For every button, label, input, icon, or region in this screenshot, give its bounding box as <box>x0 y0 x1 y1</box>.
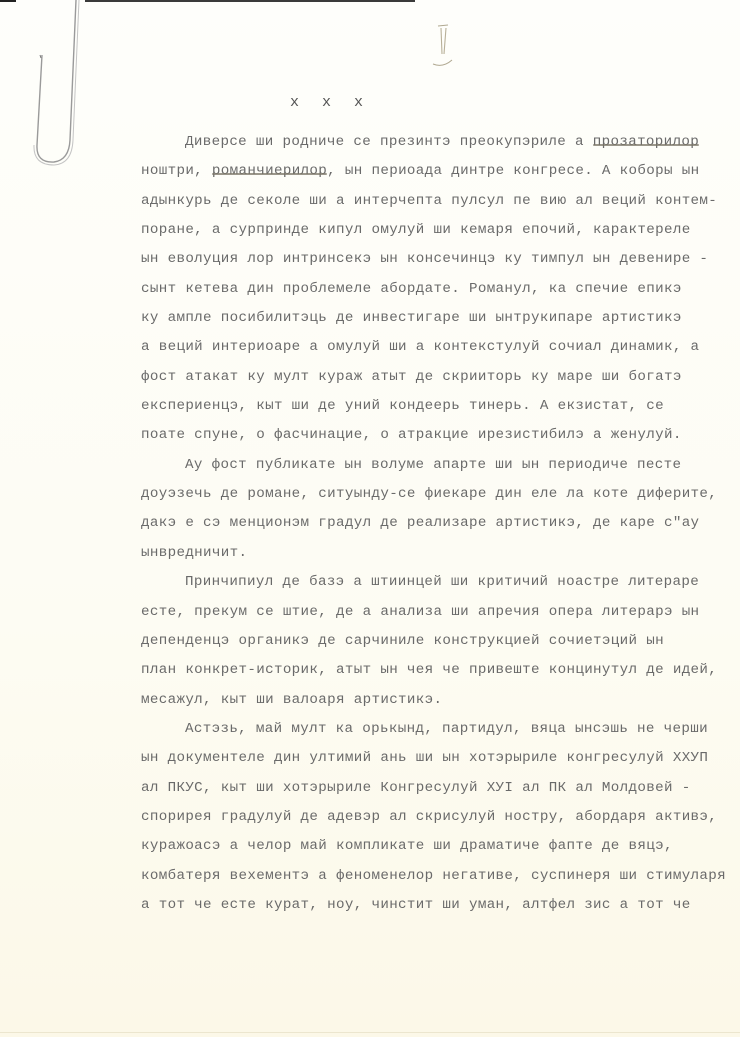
text-line: спорирея градулуй де адевэр ал скрисулуй… <box>141 803 740 832</box>
text-segment: ку ампле посибилитэць де инвестигаре ши … <box>141 310 682 326</box>
text-line: доуэзечь де романе, ситуынду-се фиекаре … <box>141 480 740 509</box>
text-segment: доуэзечь де романе, ситуынду-се фиекаре … <box>141 486 717 502</box>
text-segment: Ау фост публикате ын волуме апарте ши ын… <box>185 457 681 473</box>
text-segment: експериенцэ, кыт ши де уний кондеерь тин… <box>141 398 664 414</box>
text-segment: адынкурь де секоле ши а интерчепта пулсу… <box>141 193 717 209</box>
paragraph: Ау фост публикате ын волуме апарте ши ын… <box>141 451 740 568</box>
text-segment: сынт кетева дин проблемеле абордате. Ром… <box>141 281 682 297</box>
typed-text-body: Диверсе ши родниче се презинтэ преокупэр… <box>141 128 740 920</box>
scan-edge <box>0 0 16 2</box>
text-line: експериенцэ, кыт ши де уний кондеерь тин… <box>141 392 740 421</box>
text-line: Принчипиул де базэ а штиинцей ши критичи… <box>141 568 740 597</box>
text-line: Диверсе ши родниче се презинтэ преокупэр… <box>141 128 740 157</box>
text-segment: а веций интериоаре а омулуй ши а контекс… <box>141 339 699 355</box>
text-segment: спорирея градулуй де адевэр ал скрисулуй… <box>141 809 717 825</box>
text-segment: , ын периоада динтре конгресе. А коборы … <box>327 163 699 179</box>
text-line: план конкрет-историк, атыт ын чея че при… <box>141 656 740 685</box>
text-line: ын документеле дин ултимий ань ши ын хот… <box>141 744 740 773</box>
text-line: ал ПКУС, кыт ши хотэрыриле Конгресулуй X… <box>141 774 740 803</box>
text-segment: куражоасэ а челор май компликате ши драм… <box>141 838 673 854</box>
scan-edge <box>0 1032 740 1033</box>
text-segment: поате спуне, о фасчинацие, о атракцие ир… <box>141 427 682 443</box>
text-segment: ноштри, <box>141 163 212 179</box>
text-segment: депенденцэ органикэ де сарчиниле констру… <box>141 633 664 649</box>
text-segment: ын документеле дин ултимий ань ши ын хот… <box>141 750 708 766</box>
text-segment: месажул, кыт ши валоаря артистикэ. <box>141 692 442 708</box>
underlined-word: прозаторилор <box>593 134 699 150</box>
text-line: а веций интериоаре а омулуй ши а контекс… <box>141 333 740 362</box>
text-segment: есте, прекум се штие, де а анализа ши ап… <box>141 604 699 620</box>
paragraph: Диверсе ши родниче се презинтэ преокупэр… <box>141 128 740 451</box>
text-line: ку ампле посибилитэць де инвестигаре ши … <box>141 304 740 333</box>
text-segment: а тот че есте курат, ноу, чинстит ши ума… <box>141 897 691 913</box>
text-line: адынкурь де секоле ши а интерчепта пулсу… <box>141 187 740 216</box>
text-line: есте, прекум се штие, де а анализа ши ап… <box>141 598 740 627</box>
text-line: фост атакат ку мулт кураж атыт де скриит… <box>141 363 740 392</box>
paragraph: Астэзь, май мулт ка орькынд, партидул, в… <box>141 715 740 920</box>
text-line: ынвредничит. <box>141 539 740 568</box>
text-line: дакэ е сэ менционэм градул де реализаре … <box>141 509 740 538</box>
text-line: Астэзь, май мулт ка орькынд, партидул, в… <box>141 715 740 744</box>
text-line: куражоасэ а челор май компликате ши драм… <box>141 832 740 861</box>
paragraph: Принчипиул де базэ а штиинцей ши критичи… <box>141 568 740 715</box>
text-segment: Астэзь, май мулт ка орькынд, партидул, в… <box>185 721 708 737</box>
scan-edge <box>85 0 415 2</box>
text-segment: план конкрет-историк, атыт ын чея че при… <box>141 662 717 678</box>
text-line: комбатеря вехементэ а феноменелор негати… <box>141 862 740 891</box>
section-separator: x x x <box>290 94 363 111</box>
text-segment: дакэ е сэ менционэм градул де реализаре … <box>141 515 699 531</box>
text-line: месажул, кыт ши валоаря артистикэ. <box>141 686 740 715</box>
text-line: Ау фост публикате ын волуме апарте ши ын… <box>141 451 740 480</box>
handwritten-page-number <box>428 22 458 72</box>
text-line: поране, а сурпринде кипул омулуй ши кема… <box>141 216 740 245</box>
text-segment: фост атакат ку мулт кураж атыт де скриит… <box>141 369 682 385</box>
text-segment: Диверсе ши родниче се презинтэ преокупэр… <box>185 134 593 150</box>
text-line: а тот че есте курат, ноу, чинстит ши ума… <box>141 891 740 920</box>
document-page: x x x Диверсе ши родниче се презинтэ пре… <box>0 0 740 1037</box>
text-line: сынт кетева дин проблемеле абордате. Ром… <box>141 275 740 304</box>
text-segment: комбатеря вехементэ а феноменелор негати… <box>141 868 726 884</box>
text-segment: поране, а сурпринде кипул омулуй ши кема… <box>141 222 691 238</box>
text-line: ын еволуция лор интринсекэ ын консечинцэ… <box>141 245 740 274</box>
text-segment: Принчипиул де базэ а штиинцей ши критичи… <box>185 574 699 590</box>
paperclip-icon <box>22 0 82 170</box>
text-segment: ын еволуция лор интринсекэ ын консечинцэ… <box>141 251 708 267</box>
text-segment: ынвредничит. <box>141 545 247 561</box>
text-line: депенденцэ органикэ де сарчиниле констру… <box>141 627 740 656</box>
text-line: поате спуне, о фасчинацие, о атракцие ир… <box>141 421 740 450</box>
text-segment: ал ПКУС, кыт ши хотэрыриле Конгресулуй X… <box>141 780 691 796</box>
underlined-word: романчиерилор <box>212 163 327 179</box>
text-line: ноштри, романчиерилор, ын периоада динтр… <box>141 157 740 186</box>
